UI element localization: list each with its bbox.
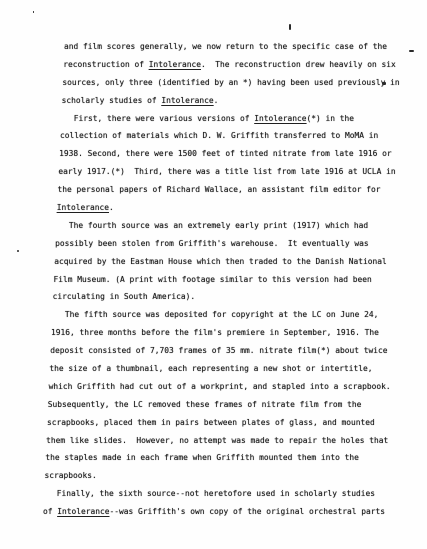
text-line: collection of materials which D. W. Grif… [60,127,427,145]
text-line: scrapbooks, placed them in pairs between… [47,414,427,432]
text-segment: sources, only three (identified by an *)… [62,78,399,87]
text-segment: 1938. Second, there were 1500 feet of ti… [59,149,392,158]
text-line: The fifth source was deposited for copyr… [52,306,427,324]
text-segment: scrapbooks, placed them in pairs between… [47,418,375,427]
text-line: the staples made in each frame when Grif… [45,449,427,467]
text-line: which Griffith had cut out of a workprin… [49,378,427,396]
text-line: Finally, the sixth source--not heretofor… [44,485,427,503]
text-segment: --was Griffith's own copy of the origina… [109,507,385,516]
text-segment: (*) in the [307,114,355,123]
text-segment: the size of a thumbnail, each representi… [49,364,372,373]
text-segment: reconstruction of [63,60,149,69]
text-line: 1916, three months before the film's pre… [51,324,427,342]
text-line: the personal papers of Richard Wallace, … [58,181,427,199]
text-segment: The fifth source was deposited for copyr… [65,310,379,319]
text-line: Subsequently, the LC removed these frame… [48,396,427,414]
text-line: acquired by the Eastman House which then… [54,253,427,271]
text-segment: 1916, three months before the film's pre… [51,328,379,337]
underlined-film-title: Intolerance [57,203,109,212]
scan-speck [382,82,386,85]
text-segment: the personal papers of Richard Wallace, … [58,185,381,194]
text-line: and film scores generally, we now return… [64,38,427,56]
document-page: and film scores generally, we now return… [0,0,427,549]
text-line: of Intolerance--was Griffith's own copy … [43,503,427,521]
text-line: scrapbooks. [45,467,427,485]
text-line: possibly been stolen from Griffith's war… [55,235,427,253]
scan-speck [17,250,19,252]
text-line: the size of a thumbnail, each representi… [49,360,427,378]
text-segment: scrapbooks. [45,471,97,480]
text-segment: . [214,96,219,105]
text-segment: scholarly studies of [62,96,162,105]
scan-speck [409,50,414,52]
text-line: 1938. Second, there were 1500 feet of ti… [59,145,427,163]
text-line: Intolerance. [57,199,427,217]
text-segment: circulating in South America). [53,292,196,301]
text-line: early 1917.(*) Third, there was a title … [58,163,427,181]
text-segment: Subsequently, the LC removed these frame… [48,400,362,409]
text-line: The fourth source was an extremely early… [56,217,427,235]
text-segment: possibly been stolen from Griffith's war… [55,239,369,248]
text-line: reconstruction of Intolerance. The recon… [63,56,427,74]
text-line: First, there were various versions of In… [61,110,427,128]
underlined-film-title: Intolerance [161,96,213,105]
text-line: Film Museum. (A print with footage simil… [53,271,427,289]
text-segment: . The reconstruction drew heavily on six [201,60,396,69]
underlined-film-title: Intolerance [254,114,306,123]
text-segment: deposit consisted of 7,703 frames of 35 … [50,346,387,355]
text-segment: . [109,203,114,212]
typescript-text: and film scores generally, we now return… [43,38,427,521]
text-segment: acquired by the Eastman House which then… [54,257,387,266]
underlined-film-title: Intolerance [149,60,201,69]
text-segment: early 1917.(*) Third, there was a title … [58,167,395,176]
text-line: sources, only three (identified by an *)… [62,74,427,92]
text-segment: which Griffith had cut out of a workprin… [49,382,391,391]
text-line: deposit consisted of 7,703 frames of 35 … [50,342,427,360]
text-segment: Film Museum. (A print with footage simil… [53,275,371,284]
text-segment: and film scores generally, we now return… [64,42,387,51]
scan-speck [289,24,291,30]
text-segment: collection of materials which D. W. Grif… [60,131,378,140]
text-segment: First, there were various versions of [74,114,255,123]
text-segment: of [43,507,57,516]
text-line: circulating in South America). [53,288,427,306]
underlined-film-title: Intolerance [57,507,109,516]
text-segment: Finally, the sixth source--not heretofor… [57,489,375,498]
text-line: scholarly studies of Intolerance. [62,92,427,110]
scan-speck [33,11,34,13]
text-segment: them like slides. However, no attempt wa… [46,436,388,445]
text-segment: The fourth source was an extremely early… [69,221,368,230]
text-segment: the staples made in each frame when Grif… [45,453,359,462]
text-line: them like slides. However, no attempt wa… [46,432,427,450]
